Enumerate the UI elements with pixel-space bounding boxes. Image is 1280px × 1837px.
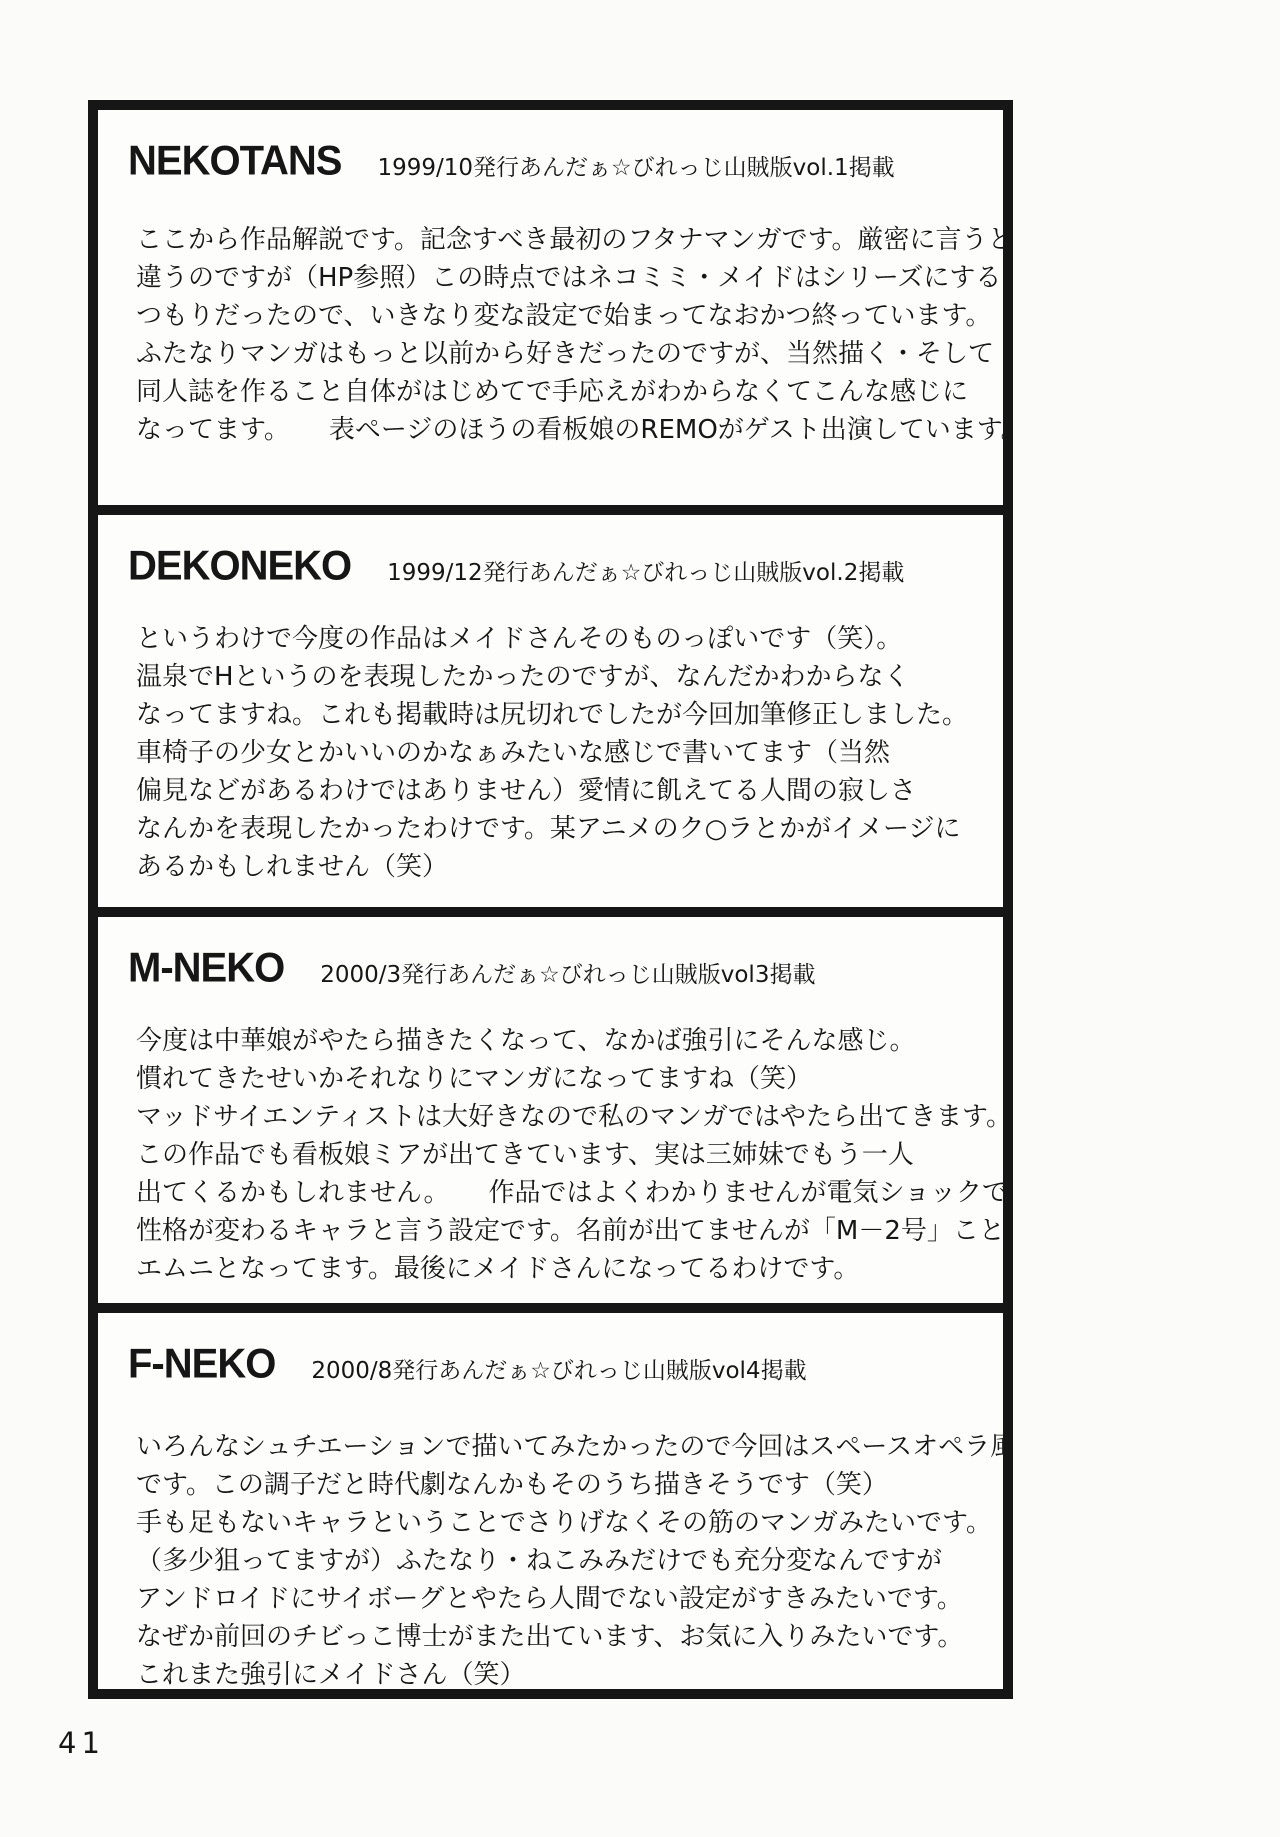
section-divider xyxy=(98,907,1003,917)
body-line: なってますね。これも掲載時は尻切れでしたが今回加筆修正しました。 xyxy=(136,696,983,734)
section-body: いろんなシュチエーションで描いてみたかったので今回はスペースオペラ風 です。この… xyxy=(128,1428,983,1689)
section-subtitle: 2000/3発行あんだぁ☆びれっじ山賊版vol3掲載 xyxy=(320,956,815,989)
body-line: 手も足もないキャラということでさりげなくその筋のマンガみたいです。 xyxy=(136,1504,983,1542)
section-title: M-NEKO xyxy=(128,945,284,992)
section-header: DEKONEKO 1999/12発行あんだぁ☆びれっじ山賊版vol.2掲載 xyxy=(128,539,983,590)
body-line: アンドロイドにサイボーグとやたら人間でない設定がすきみたいです。 xyxy=(136,1580,983,1618)
body-line: というわけで今度の作品はメイドさんそのものっぽいです（笑）。 xyxy=(136,620,983,658)
section-f-neko: F-NEKO 2000/8発行あんだぁ☆びれっじ山賊版vol4掲載 いろんなシュ… xyxy=(98,1313,1003,1689)
body-line: 温泉でHというのを表現したかったのですが、なんだかわからなく xyxy=(136,658,983,696)
section-header: F-NEKO 2000/8発行あんだぁ☆びれっじ山賊版vol4掲載 xyxy=(128,1337,983,1388)
body-line: です。この調子だと時代劇なんかもそのうち描きそうです（笑） xyxy=(136,1466,983,1504)
body-line: 車椅子の少女とかいいのかなぁみたいな感じで書いてます（当然 xyxy=(136,734,983,772)
body-line: 出てくるかもしれません。 作品ではよくわかりませんが電気ショックで xyxy=(136,1174,983,1212)
body-line: エムニとなってます。最後にメイドさんになってるわけです。 xyxy=(136,1250,983,1288)
section-subtitle: 2000/8発行あんだぁ☆びれっじ山賊版vol4掲載 xyxy=(311,1352,806,1385)
section-title: NEKOTANS xyxy=(128,138,341,185)
body-line: 今度は中華娘がやたら描きたくなって、なかば強引にそんな感じ。 xyxy=(136,1022,983,1060)
body-line: つもりだったので、いきなり変な設定で始まってなおかつ終っています。 xyxy=(136,297,983,335)
section-divider xyxy=(98,505,1003,515)
body-line: 同人誌を作ること自体がはじめてで手応えがわからなくてこんな感じに xyxy=(136,373,983,411)
section-divider xyxy=(98,1303,1003,1313)
section-header: M-NEKO 2000/3発行あんだぁ☆びれっじ山賊版vol3掲載 xyxy=(128,941,983,992)
body-line: なぜか前回のチビっこ博士がまた出ています、お気に入りみたいです。 xyxy=(136,1618,983,1656)
section-subtitle: 1999/10発行あんだぁ☆びれっじ山賊版vol.1掲載 xyxy=(377,149,894,182)
section-body: 今度は中華娘がやたら描きたくなって、なかば強引にそんな感じ。 慣れてきたせいかそ… xyxy=(128,1022,983,1288)
body-line: 性格が変わるキャラと言う設定です。名前が出てませんが「M－2号」こと xyxy=(136,1212,983,1250)
body-line: マッドサイエンティストは大好きなので私のマンガではやたら出てきます。 xyxy=(136,1098,983,1136)
section-m-neko: M-NEKO 2000/3発行あんだぁ☆びれっじ山賊版vol3掲載 今度は中華娘… xyxy=(98,917,1003,1303)
section-body: というわけで今度の作品はメイドさんそのものっぽいです（笑）。 温泉でHというのを… xyxy=(128,620,983,886)
section-header: NEKOTANS 1999/10発行あんだぁ☆びれっじ山賊版vol.1掲載 xyxy=(128,134,983,185)
body-line: この作品でも看板娘ミアが出てきています、実は三姉妹でもう一人 xyxy=(136,1136,983,1174)
body-line: （多少狙ってますが）ふたなり・ねこみみだけでも充分変なんですが xyxy=(136,1542,983,1580)
page-number: 41 xyxy=(58,1726,105,1760)
section-body: ここから作品解説です。記念すべき最初のフタナマンガです。厳密に言うと 違うのです… xyxy=(128,221,983,449)
section-subtitle: 1999/12発行あんだぁ☆びれっじ山賊版vol.2掲載 xyxy=(387,554,904,587)
body-line: 違うのですが（HP参照）この時点ではネコミミ・メイドはシリーズにする xyxy=(136,259,983,297)
section-title: DEKONEKO xyxy=(128,543,351,590)
body-line: これまた強引にメイドさん（笑） xyxy=(136,1656,983,1689)
body-line: あるかもしれません（笑） xyxy=(136,848,983,886)
body-line: なってます。 表ページのほうの看板娘のREMOがゲスト出演しています。 xyxy=(136,411,983,449)
section-nekotans: NEKOTANS 1999/10発行あんだぁ☆びれっじ山賊版vol.1掲載 ここ… xyxy=(98,110,1003,505)
commentary-boxes-frame: NEKOTANS 1999/10発行あんだぁ☆びれっじ山賊版vol.1掲載 ここ… xyxy=(88,100,1013,1699)
body-line: いろんなシュチエーションで描いてみたかったので今回はスペースオペラ風 xyxy=(136,1428,983,1466)
section-title: F-NEKO xyxy=(128,1341,275,1388)
body-line: なんかを表現したかったわけです。某アニメのク○ラとかがイメージに xyxy=(136,810,983,848)
section-dekoneko: DEKONEKO 1999/12発行あんだぁ☆びれっじ山賊版vol.2掲載 とい… xyxy=(98,515,1003,907)
body-line: 偏見などがあるわけではありません）愛情に飢えてる人間の寂しさ xyxy=(136,772,983,810)
body-line: ふたなりマンガはもっと以前から好きだったのですが、当然描く・そして xyxy=(136,335,983,373)
body-line: 慣れてきたせいかそれなりにマンガになってますね（笑） xyxy=(136,1060,983,1098)
body-line: ここから作品解説です。記念すべき最初のフタナマンガです。厳密に言うと xyxy=(136,221,983,259)
